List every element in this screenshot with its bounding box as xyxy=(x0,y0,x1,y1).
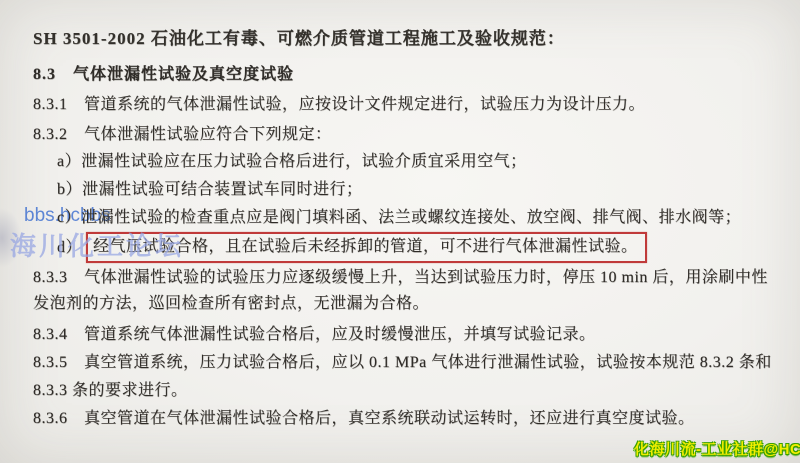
clause-8-3-2-item-a: a）泄漏性试验应在压力试验合格后进行，试验介质宜采用空气； xyxy=(57,151,527,173)
clause-8-3-5-line2: 8.3.3 条的要求进行。 xyxy=(33,380,188,402)
clause-8-3-2: 8.3.2 气体泄漏性试验应符合下列规定： xyxy=(33,124,332,146)
document-title: SH 3501-2002 石油化工有毒、可燃介质管道工程施工及验收规范： xyxy=(33,28,565,50)
scanned-document-page: SH 3501-2002 石油化工有毒、可燃介质管道工程施工及验收规范： 8.3… xyxy=(0,0,800,463)
clause-8-3-5-line1: 8.3.5 真空管道系统，压力试验合格后，应以 0.1 MPa 气体进行泄漏性试… xyxy=(33,352,772,374)
clause-8-3-3-line2: 发泡剂的方法，巡回检查所有密封点，无泄漏为合格。 xyxy=(33,293,429,315)
clause-8-3-3-line1: 8.3.3 气体泄漏性试验的试验压力应逐级缓慢上升，当达到试验压力时，停压 10… xyxy=(33,267,768,289)
clause-8-3-6: 8.3.6 真空管道在气体泄漏性试验合格后，真空系统联动试运转时，还应进行真空度… xyxy=(33,408,695,430)
clause-8-3-2-item-b: b）泄漏性试验可结合装置试车同时进行； xyxy=(57,179,363,201)
section-heading-8-3: 8.3 气体泄漏性试验及真空度试验 xyxy=(33,64,294,86)
watermark-forum-name: 海川化工论坛 xyxy=(10,226,184,263)
watermark-community-badge: 化海川流-工业社群@HCBBS xyxy=(634,438,800,459)
clause-8-3-4: 8.3.4 管道系统气体泄漏性试验合格后，应及时缓慢泄压，并填写试验记录。 xyxy=(33,324,596,346)
clause-8-3-1: 8.3.1 管道系统的气体泄漏性试验，应按设计文件规定进行，试验压力为设计压力。 xyxy=(33,94,645,116)
